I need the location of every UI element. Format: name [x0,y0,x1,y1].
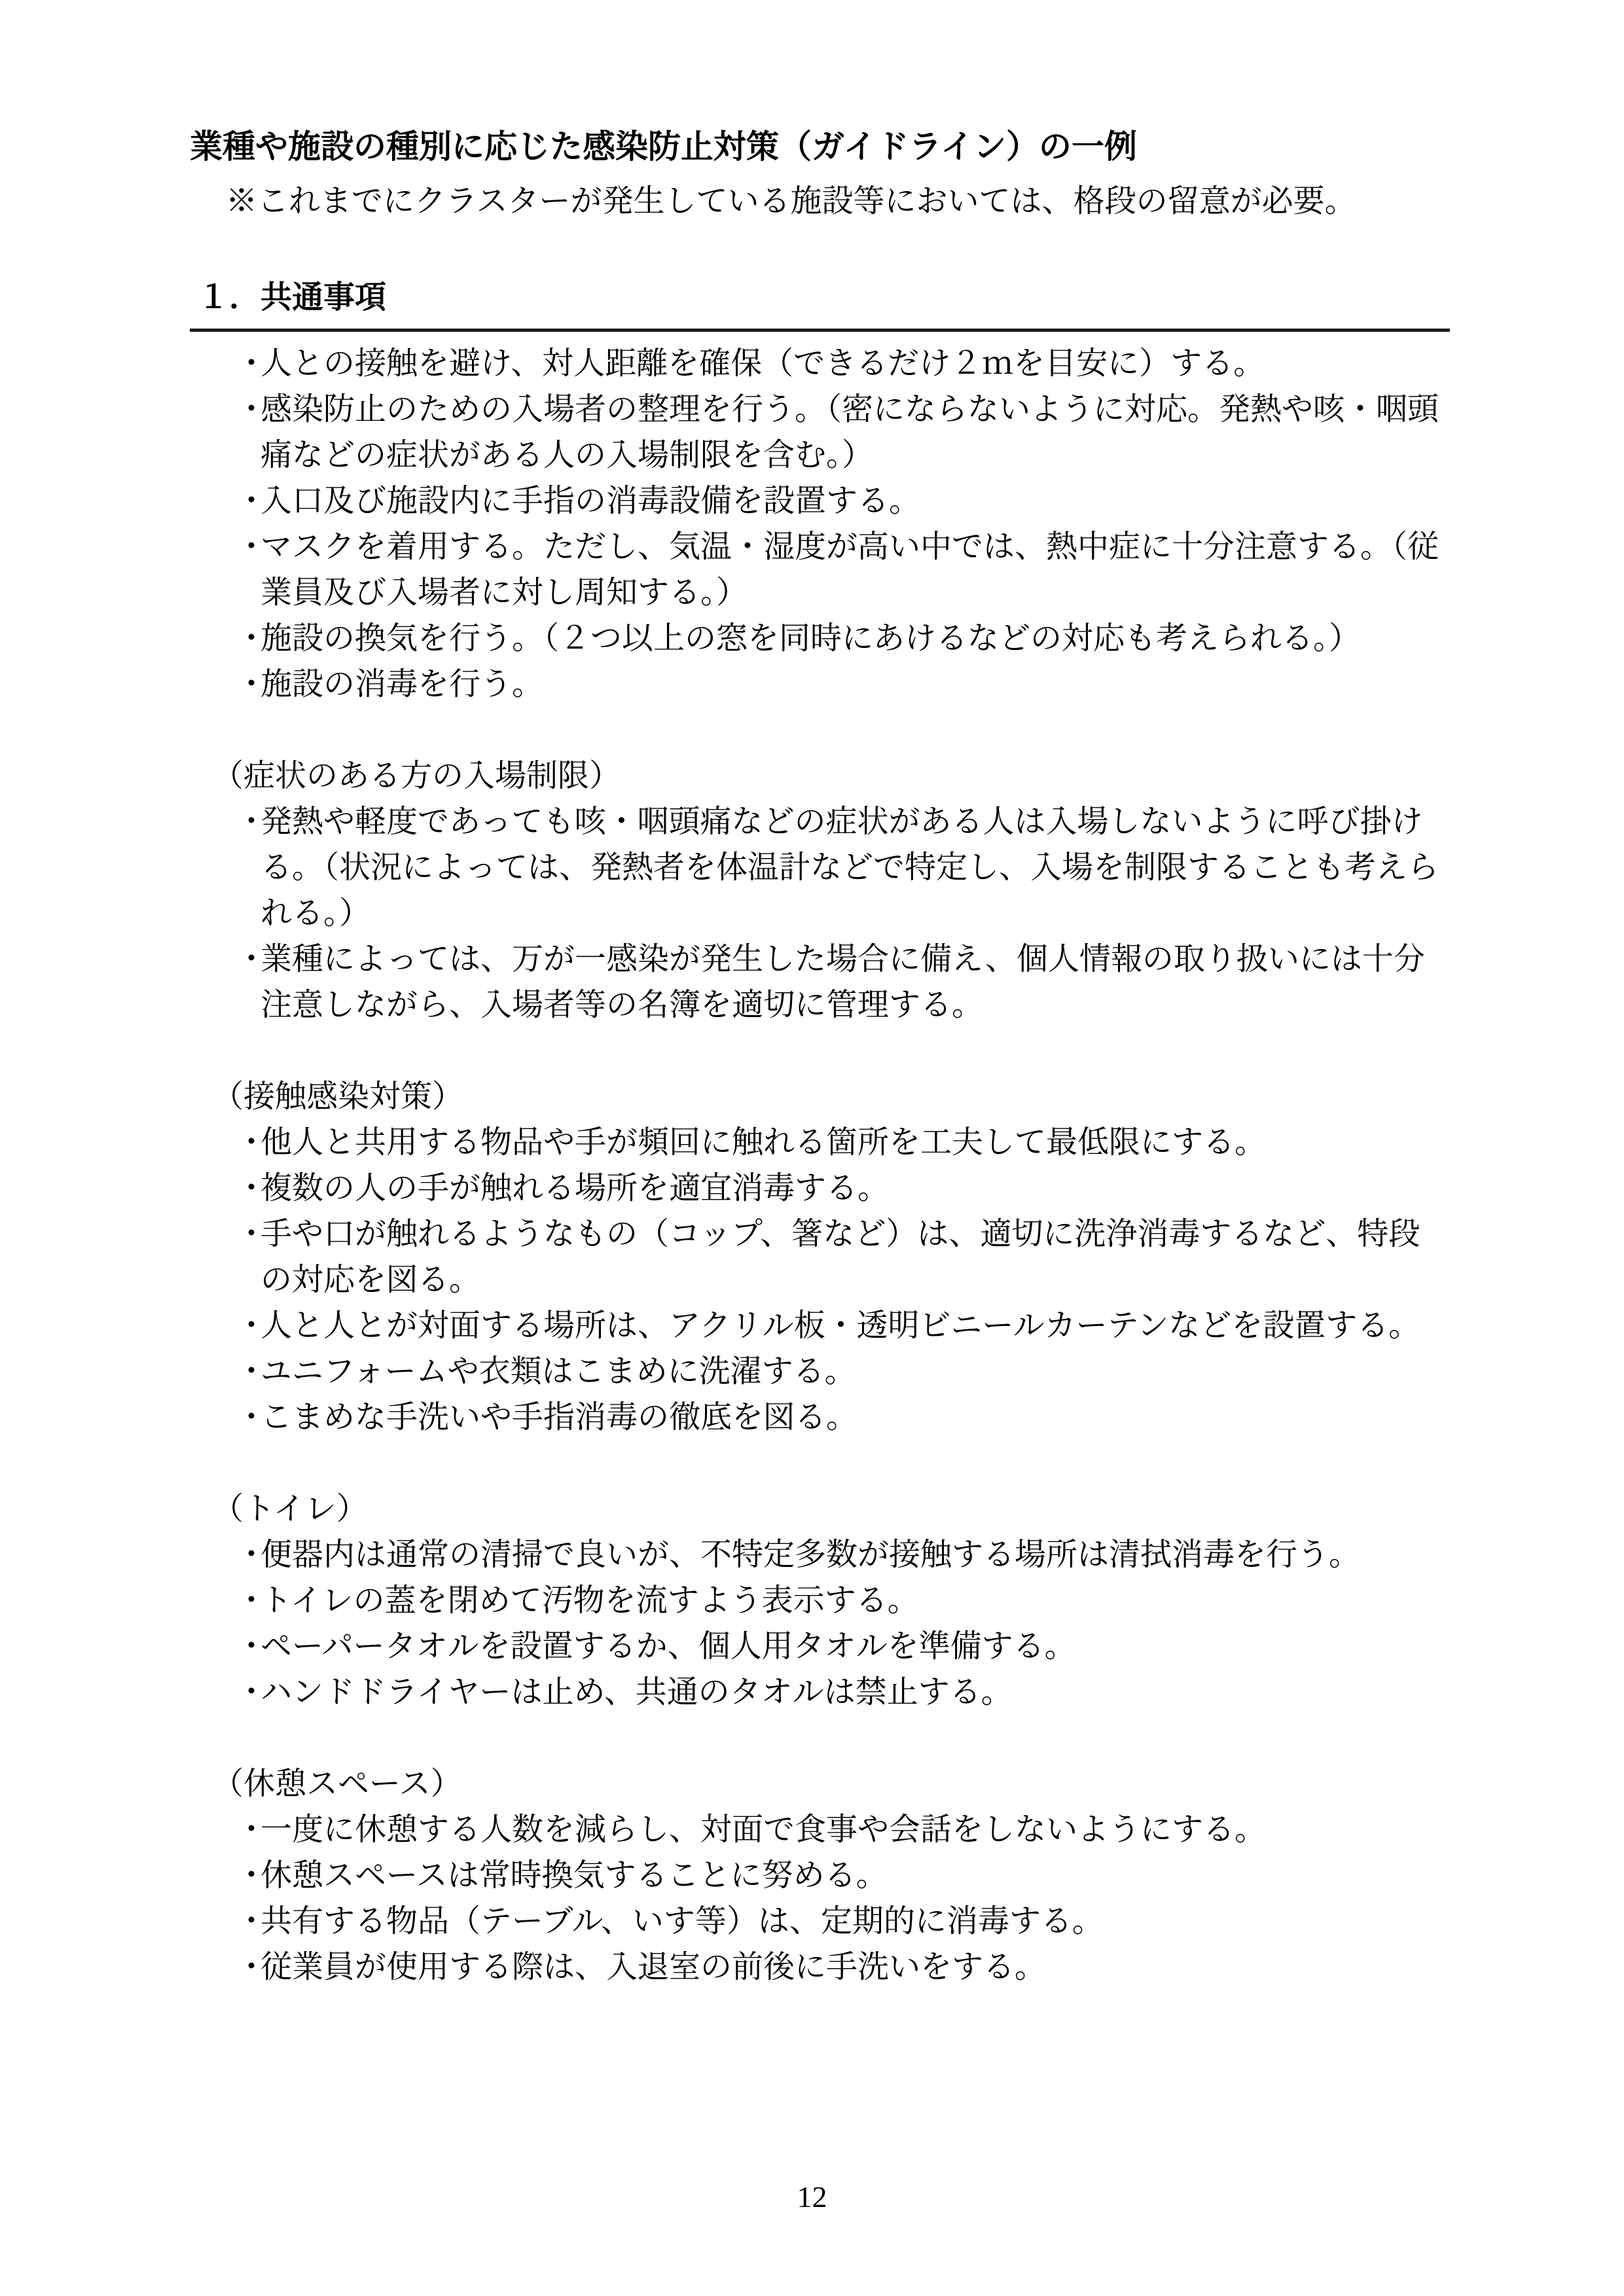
bullet-icon: ・ [236,937,261,982]
list-item: ・ 入口及び施設内に手指の消毒設備を設置する。 [236,478,1450,524]
list-item-text: 共有する物品（テーブル、いす等）は、定期的に消毒する。 [261,1899,1450,1945]
page-title: 業種や施設の種別に応じた感染防止対策（ガイドライン）の一例 [190,122,1450,171]
page-number: 12 [0,2179,1624,2215]
list-item-text: 発熱や軽度であっても咳・咽頭痛などの症状がある人は入場しないように呼び掛ける。（… [261,799,1450,937]
list-item: ・ 共有する物品（テーブル、いす等）は、定期的に消毒する。 [236,1899,1450,1945]
bullet-icon: ・ [236,1303,261,1349]
bullet-icon: ・ [236,1853,261,1899]
group-label: （接触感染対策） [212,1074,1450,1120]
list-item: ・ 手や口が触れるようなもの（コップ、箸など）は、適切に洗浄消毒するなど、特段の… [236,1211,1450,1303]
bullet-icon: ・ [236,1807,261,1853]
list-item: ・ 人と人とが対面する場所は、アクリル板・透明ビニールカーテンなどを設置する。 [236,1303,1450,1349]
caution-note: ※これまでにクラスターが発生している施設等においては、格段の留意が必要。 [226,178,1450,225]
bullet-icon: ・ [236,1211,261,1257]
bullet-icon: ・ [236,799,261,845]
list-item: ・ 施設の換気を行う。（２つ以上の窓を同時にあけるなどの対応も考えられる。） [236,616,1450,662]
section-heading: １．共通事項 [190,279,1450,332]
list-item-text: トイレの蓋を閉めて汚物を流すよう表示する。 [261,1578,1450,1624]
list-item: ・ 従業員が使用する際は、入退室の前後に手洗いをする。 [236,1945,1450,1990]
bullet-icon: ・ [236,1395,261,1441]
list-item-text: こまめな手洗いや手指消毒の徹底を図る。 [261,1395,1450,1441]
bullet-icon: ・ [236,1899,261,1945]
list-item-text: 人と人とが対面する場所は、アクリル板・透明ビニールカーテンなどを設置する。 [261,1303,1450,1349]
list-item-text: 業種によっては、万が一感染が発生した場合に備え、個人情報の取り扱いには十分注意し… [261,937,1450,1028]
list-item-text: 手や口が触れるようなもの（コップ、箸など）は、適切に洗浄消毒するなど、特段の対応… [261,1211,1450,1303]
bullet-icon: ・ [236,662,261,708]
bullet-icon: ・ [236,1624,261,1670]
group-label: （症状のある方の入場制限） [212,753,1450,799]
bullet-icon: ・ [236,1166,261,1211]
list-item: ・ 一度に休憩する人数を減らし、対面で食事や会話をしないようにする。 [236,1807,1450,1853]
bullet-icon: ・ [236,1120,261,1166]
list-item-text: 入口及び施設内に手指の消毒設備を設置する。 [261,478,1450,524]
bullet-group-symptom-restriction: （症状のある方の入場制限） ・ 発熱や軽度であっても咳・咽頭痛などの症状がある人… [190,753,1450,1028]
list-item-text: マスクを着用する。ただし、気温・湿度が高い中では、熱中症に十分注意する。（従業員… [261,524,1450,616]
list-item: ・ 便器内は通常の清掃で良いが、不特定多数が接触する場所は清拭消毒を行う。 [236,1532,1450,1578]
list-item: ・ トイレの蓋を閉めて汚物を流すよう表示する。 [236,1578,1450,1624]
document-page: 業種や施設の種別に応じた感染防止対策（ガイドライン）の一例 ※これまでにクラスタ… [0,0,1624,2296]
bullet-group-general: ・ 人との接触を避け、対人距離を確保（できるだけ２ｍを目安に）する。 ・ 感染防… [190,341,1450,708]
list-item: ・ 感染防止のための入場者の整理を行う。（密にならないように対応。発熱や咳・咽頭… [236,387,1450,478]
list-item-text: ユニフォームや衣類はこまめに洗濯する。 [261,1349,1450,1395]
list-item-text: 一度に休憩する人数を減らし、対面で食事や会話をしないようにする。 [261,1807,1450,1853]
bullet-icon: ・ [236,1532,261,1578]
bullet-icon: ・ [236,1945,261,1990]
bullet-group-contact-infection: （接触感染対策） ・ 他人と共用する物品や手が頻回に触れる箇所を工夫して最低限に… [190,1074,1450,1441]
bullet-icon: ・ [236,1578,261,1624]
list-item-text: 他人と共用する物品や手が頻回に触れる箇所を工夫して最低限にする。 [261,1120,1450,1166]
list-item: ・ 業種によっては、万が一感染が発生した場合に備え、個人情報の取り扱いには十分注… [236,937,1450,1028]
bullet-icon: ・ [236,616,261,662]
bullet-icon: ・ [236,387,261,433]
list-item: ・ こまめな手洗いや手指消毒の徹底を図る。 [236,1395,1450,1441]
bullet-icon: ・ [236,1670,261,1715]
list-item-text: ペーパータオルを設置するか、個人用タオルを準備する。 [261,1624,1450,1670]
list-item-text: 便器内は通常の清掃で良いが、不特定多数が接触する場所は清拭消毒を行う。 [261,1532,1450,1578]
list-item-text: ハンドドライヤーは止め、共通のタオルは禁止する。 [261,1670,1450,1715]
list-item-text: 感染防止のための入場者の整理を行う。（密にならないように対応。発熱や咳・咽頭痛な… [261,387,1450,478]
bullet-icon: ・ [236,478,261,524]
list-item-text: 施設の消毒を行う。 [261,662,1450,708]
list-item: ・ ユニフォームや衣類はこまめに洗濯する。 [236,1349,1450,1395]
list-item: ・ ペーパータオルを設置するか、個人用タオルを準備する。 [236,1624,1450,1670]
list-item: ・ 複数の人の手が触れる場所を適宜消毒する。 [236,1166,1450,1211]
list-item: ・ ハンドドライヤーは止め、共通のタオルは禁止する。 [236,1670,1450,1715]
list-item: ・ 休憩スペースは常時換気することに努める。 [236,1853,1450,1899]
list-item: ・ 施設の消毒を行う。 [236,662,1450,708]
list-item-text: 施設の換気を行う。（２つ以上の窓を同時にあけるなどの対応も考えられる。） [261,616,1450,662]
section-common-items: １．共通事項 ・ 人との接触を避け、対人距離を確保（できるだけ２ｍを目安に）する… [190,279,1450,1990]
list-item-text: 人との接触を避け、対人距離を確保（できるだけ２ｍを目安に）する。 [261,341,1450,387]
list-item: ・ 人との接触を避け、対人距離を確保（できるだけ２ｍを目安に）する。 [236,341,1450,387]
list-item-text: 休憩スペースは常時換気することに努める。 [261,1853,1450,1899]
list-item: ・ 発熱や軽度であっても咳・咽頭痛などの症状がある人は入場しないように呼び掛ける… [236,799,1450,937]
list-item-text: 従業員が使用する際は、入退室の前後に手洗いをする。 [261,1945,1450,1990]
group-label: （トイレ） [212,1486,1450,1532]
bullet-icon: ・ [236,1349,261,1395]
bullet-icon: ・ [236,524,261,570]
group-label: （休憩スペース） [212,1761,1450,1807]
bullet-group-rest-space: （休憩スペース） ・ 一度に休憩する人数を減らし、対面で食事や会話をしないように… [190,1761,1450,1990]
list-item: ・ 他人と共用する物品や手が頻回に触れる箇所を工夫して最低限にする。 [236,1120,1450,1166]
list-item: ・ マスクを着用する。ただし、気温・湿度が高い中では、熱中症に十分注意する。（従… [236,524,1450,616]
list-item-text: 複数の人の手が触れる場所を適宜消毒する。 [261,1166,1450,1211]
bullet-icon: ・ [236,341,261,387]
bullet-group-toilet: （トイレ） ・ 便器内は通常の清掃で良いが、不特定多数が接触する場所は清拭消毒を… [190,1486,1450,1715]
